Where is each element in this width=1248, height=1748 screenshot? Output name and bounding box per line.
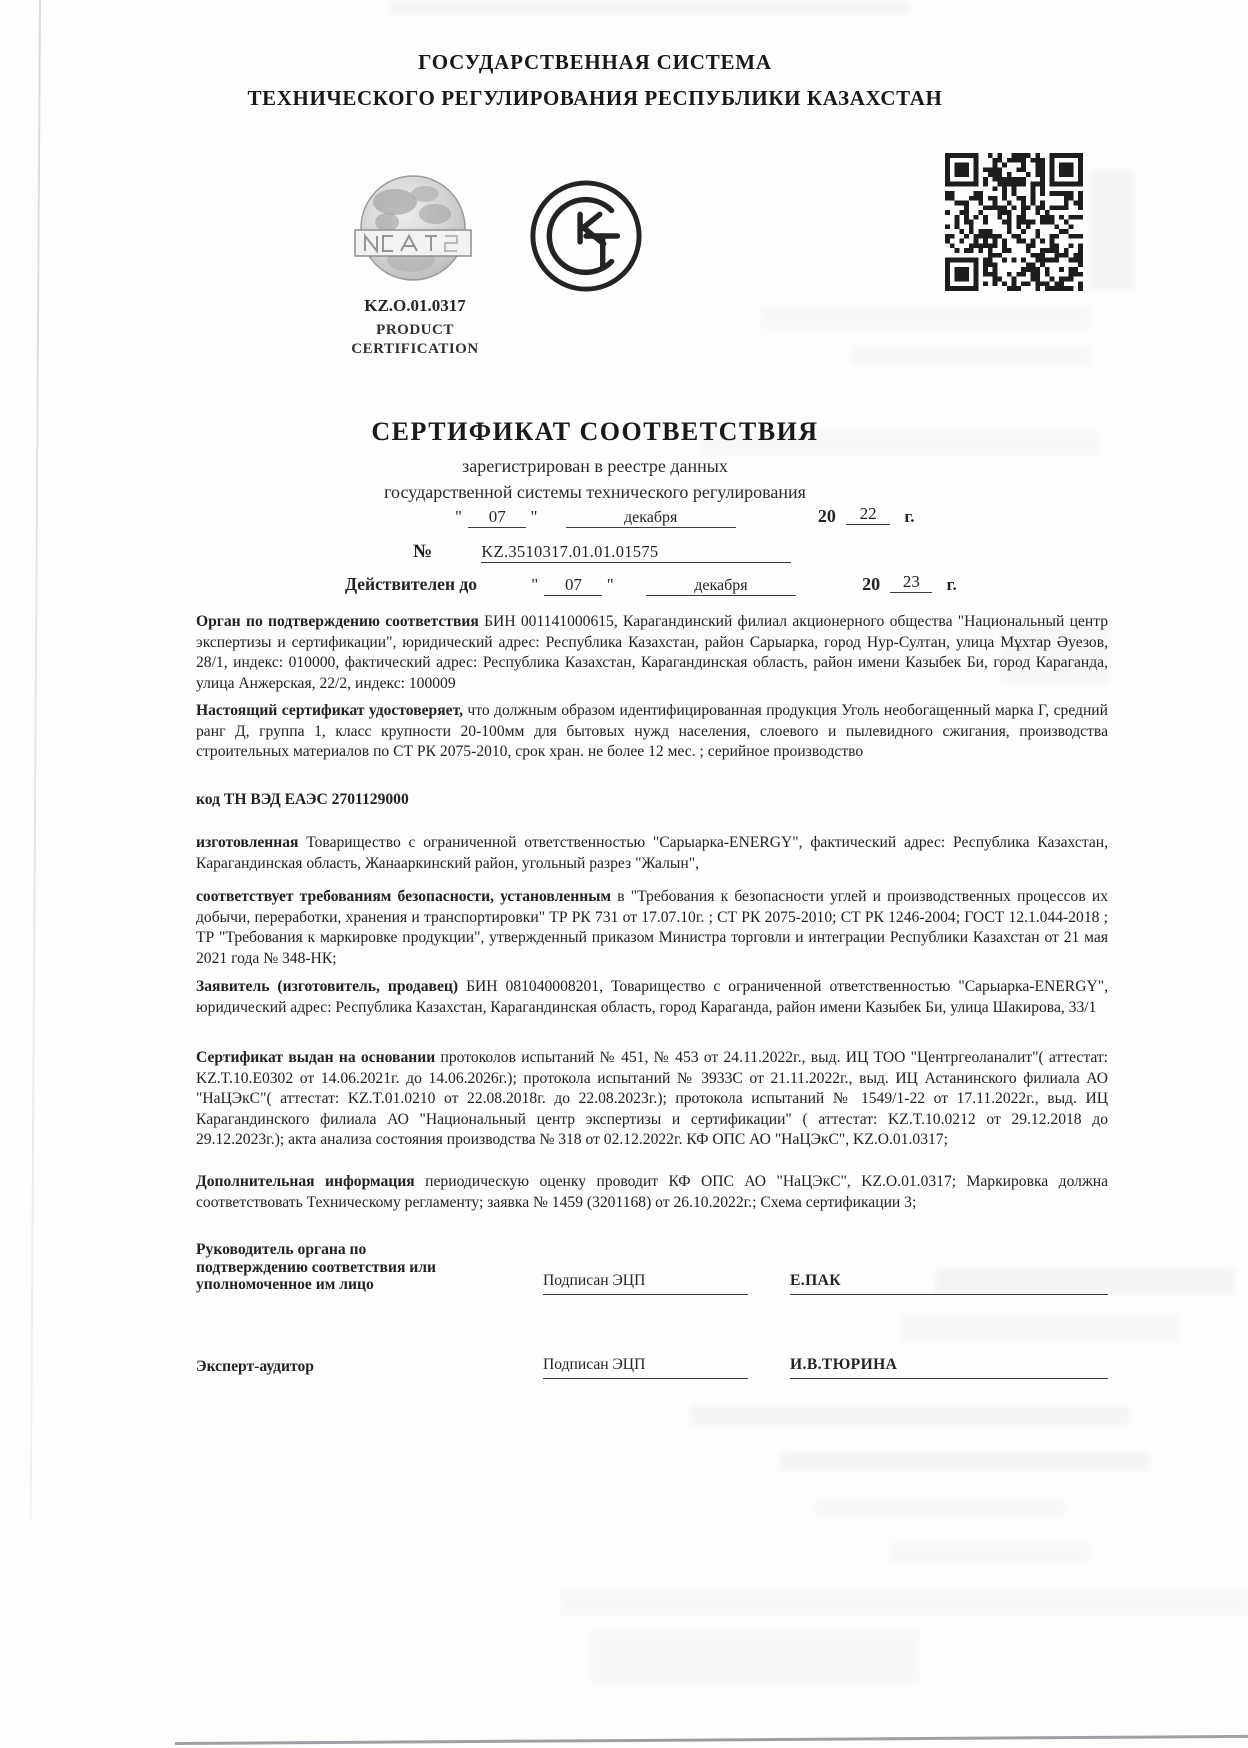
paragraph-lead: Настоящий сертификат удостоверяет, [196, 702, 463, 719]
product-certification-label: CERTIFICATION [325, 341, 505, 358]
quote-mark: " [455, 507, 464, 526]
head-signature-name: Е.ПАК [790, 1272, 1108, 1295]
issue-date-row: " 07 " декабря 20 22 г. [455, 506, 914, 528]
safety-requirements-paragraph: соответствует требованиям безопасности, … [196, 887, 1108, 969]
bleedthrough-smudge [390, 2, 910, 14]
paragraph-lead: код ТН ВЭД ЕАЭС 2701129000 [196, 791, 409, 808]
certificate-document: ГОСУДАРСТВЕННАЯ СИСТЕМА ТЕХНИЧЕСКОГО РЕГ… [0, 0, 1248, 1748]
auditor-signature-name: И.В.ТЮРИНА [790, 1356, 1108, 1379]
paragraph-lead: Заявитель (изготовитель, продавец) [196, 978, 458, 995]
manufacturer-paragraph: изготовленная Товарищество с ограниченно… [196, 833, 1108, 874]
certification-body-paragraph: Орган по подтверждению соответствия БИН … [196, 612, 1108, 694]
paragraph-lead: Сертификат выдан на основании [196, 1049, 435, 1066]
bleedthrough-smudge [690, 1405, 1130, 1425]
qr-code [945, 153, 1083, 291]
issuance-basis-paragraph: Сертификат выдан на основании протоколов… [196, 1048, 1108, 1151]
issue-year: 22 [846, 504, 890, 525]
year-suffix: г. [947, 575, 957, 594]
issue-month: декабря [566, 509, 736, 528]
certificate-number: KZ.3510317.01.01.01575 [481, 542, 791, 563]
certificate-subtitle-2: государственной системы технического рег… [0, 482, 1190, 503]
year-suffix: г. [904, 507, 914, 526]
bleedthrough-smudge [890, 1542, 1090, 1564]
quote-mark: " [531, 575, 540, 594]
valid-day: 07 [544, 575, 602, 596]
bleedthrough-smudge [780, 1452, 1150, 1472]
head-signature-label: Руководитель органа по подтверждению соо… [196, 1241, 526, 1294]
certificate-number-row: № KZ.3510317.01.01.01575 [413, 541, 791, 563]
valid-until-label: Действителен до [345, 574, 477, 594]
head-signature-label-line: подтверждению соответствия или [196, 1259, 526, 1277]
nca-globe-logo [353, 170, 473, 296]
applicant-paragraph: Заявитель (изготовитель, продавец) БИН 0… [196, 977, 1108, 1018]
valid-year: 23 [890, 572, 932, 593]
bleedthrough-smudge [1090, 170, 1134, 290]
additional-info-paragraph: Дополнительная информация периодическую … [196, 1172, 1108, 1213]
auditor-signed-ecp: Подписан ЭЦП [543, 1356, 748, 1379]
product-certification-label: PRODUCT [325, 322, 505, 339]
scan-bottom-edge [175, 1735, 1248, 1745]
tn-ved-code: код ТН ВЭД ЕАЭС 2701129000 [196, 790, 1108, 811]
auditor-signature-label: Эксперт-аудитор [196, 1358, 526, 1376]
paragraph-lead: изготовленная [196, 834, 299, 851]
accreditation-number: KZ.O.01.0317 [325, 296, 505, 316]
certificate-subtitle-1: зарегистрирован в реестре данных [0, 456, 1190, 477]
number-sign: № [413, 541, 432, 562]
head-signature-label-line: Руководитель органа по [196, 1241, 526, 1259]
header-line2: ТЕХНИЧЕСКОГО РЕГУЛИРОВАНИЯ РЕСПУБЛИКИ КА… [0, 86, 1190, 111]
quote-mark: " [607, 575, 616, 594]
certificate-title: СЕРТИФИКАТ СООТВЕТСТВИЯ [0, 417, 1190, 447]
issue-century: 20 [818, 506, 836, 526]
scan-fold-line [30, 0, 41, 1520]
bleedthrough-smudge [560, 1590, 1248, 1616]
paragraph-lead: Орган по подтверждению соответствия [196, 613, 479, 630]
bleedthrough-smudge [590, 1630, 920, 1685]
bleedthrough-smudge [850, 345, 1090, 367]
valid-month: декабря [646, 577, 796, 596]
quote-mark: " [530, 507, 539, 526]
paragraph-lead: соответствует требованиям безопасности, … [196, 888, 611, 905]
head-signature-label-line: уполномоченное им лицо [196, 1276, 526, 1294]
valid-until-row: Действителен до " 07 " декабря 20 23 г. [345, 574, 957, 596]
bleedthrough-smudge [815, 1498, 1065, 1518]
kazakhstan-conformity-mark-icon [527, 177, 645, 295]
paragraph-text: Товарищество с ограниченной ответственно… [196, 834, 1108, 872]
head-signed-ecp: Подписан ЭЦП [543, 1272, 748, 1295]
paragraph-lead: Дополнительная информация [196, 1173, 415, 1190]
bleedthrough-smudge [760, 305, 1090, 329]
issue-day: 07 [468, 507, 526, 528]
bleedthrough-smudge [900, 1315, 1180, 1341]
product-description-paragraph: Настоящий сертификат удостоверяет, что д… [196, 701, 1108, 763]
header-line1: ГОСУДАРСТВЕННАЯ СИСТЕМА [0, 50, 1190, 75]
valid-century: 20 [862, 574, 880, 594]
